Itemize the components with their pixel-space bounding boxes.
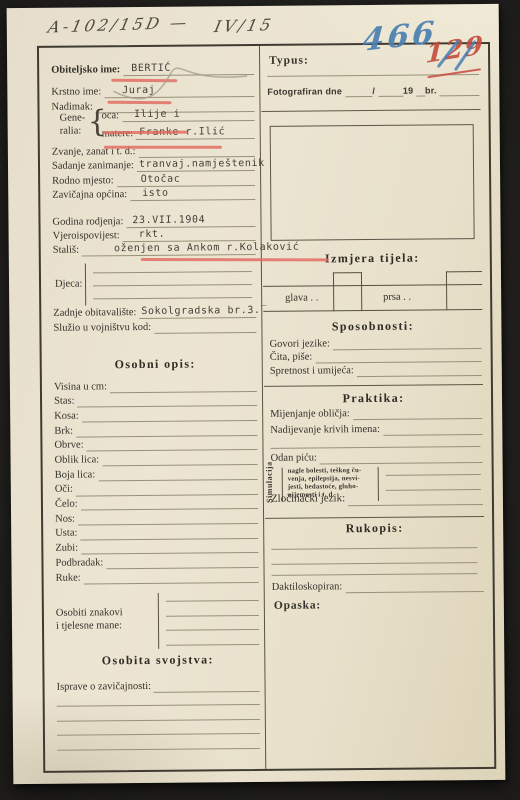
children-label: Djeca:: [55, 277, 86, 290]
municipality-row: Zavičajna općina: isto: [52, 185, 255, 202]
skills-label: Spretnost i umijeća:: [270, 364, 357, 378]
generalia-label-line1: Gene-: [60, 111, 89, 124]
occupation-value: tranvaj.namještenik: [139, 158, 265, 170]
ruled-line: [345, 576, 484, 593]
drinking-label: Odan piću:: [271, 451, 320, 465]
ruled-line: [348, 489, 483, 506]
homeland-documents-row: Isprave o zavičajnosti:: [56, 677, 259, 694]
father-label: oca:: [102, 109, 123, 122]
handwriting-heading: Rukopis:: [265, 520, 484, 537]
ruled-line: [416, 81, 425, 97]
special-marks-label-line2: i tjelesne mane:: [56, 619, 125, 633]
section-separator: [265, 516, 484, 519]
handwritten-file-number: A-102/15D —: [46, 13, 191, 37]
ruled-line: [57, 704, 260, 707]
description-label: Obrve:: [54, 439, 86, 452]
ruled-line: [57, 719, 260, 722]
ruled-line: [378, 81, 403, 97]
ruled-line: [93, 271, 252, 273]
false-names-label: Nadijevanje krivih imena:: [270, 423, 383, 437]
ruled-line: oženjen sa Ankom r.Kolaković: [82, 239, 256, 257]
ruled-line: [166, 629, 259, 631]
ruled-line: [271, 562, 477, 565]
marital-status-row: Stališ: oženjen sa Ankom r.Kolaković: [53, 240, 256, 257]
last-residence-value: Sokolgradska br.3.‾: [141, 305, 267, 317]
photographed-label: Fotografiran dne: [267, 86, 345, 98]
children-bracket-bar: [85, 263, 86, 305]
municipality-value: isto: [142, 188, 169, 199]
description-label: Brk:: [54, 424, 76, 437]
ruled-line: [357, 360, 482, 377]
head-label: glava . .: [285, 291, 321, 304]
personal-description-fields: Visina u cm: Stas: Kosa: Brk:: [54, 377, 259, 584]
ruled-line: [154, 676, 260, 693]
red-underline-mark: [104, 146, 222, 149]
number-prefix: br.: [425, 85, 440, 96]
ruled-line: [166, 600, 259, 602]
ruled-line: [93, 284, 252, 286]
special-marks-group: Osobiti znakovi i tjelesne mane:: [52, 592, 259, 650]
generalia-label-line2: ralia:: [60, 124, 85, 137]
ruled-line: [271, 547, 477, 550]
photo-box: [270, 124, 475, 241]
remarks-label: Opaska:: [274, 598, 324, 613]
section-separator: [262, 109, 481, 112]
description-label: Ruke:: [56, 571, 84, 584]
description-label: Zubi:: [55, 542, 81, 555]
description-label: Usta:: [55, 527, 80, 540]
column-divider: [259, 46, 266, 769]
last-residence-label: Zadnje obitavalište:: [53, 306, 139, 320]
photographed-row: Fotografiran dne / 19 br.: [267, 81, 479, 98]
table-line: [263, 309, 482, 312]
special-marks-label-line1: Osobiti znakovi: [56, 606, 126, 620]
criminal-language-row: Zločinački jezik:: [271, 490, 483, 507]
father-row: oca: Ilije i: [101, 106, 254, 122]
ruled-line: [320, 447, 483, 464]
description-row: Ruke:: [56, 568, 259, 584]
ruled-line: [166, 644, 259, 646]
drinking-row: Odan piću:: [270, 448, 482, 465]
ruled-line: [386, 474, 481, 476]
pencil-squiggle: [105, 60, 255, 107]
ruled-line: [166, 615, 259, 617]
father-value: Ilije i: [134, 109, 180, 120]
special-traits-heading: Osobita svojstva:: [56, 652, 259, 669]
fingerprinted-row: Daktiloskopiran:: [272, 577, 484, 594]
ruled-line: [84, 567, 259, 584]
measurement-cell-box: [446, 271, 482, 310]
description-label: Nos:: [55, 512, 78, 525]
ruled-line: [93, 297, 252, 299]
typus-label: Typus:: [269, 54, 312, 69]
military-service-label: Služio u vojništvu kod:: [53, 321, 154, 335]
description-label: Stas:: [54, 395, 78, 408]
ruled-line: [154, 317, 256, 334]
record-card-paper: A-102/15D — IV/15 466 129 Obiteljsko ime…: [7, 4, 506, 784]
ruled-line: [440, 80, 480, 96]
ruled-line: [57, 733, 260, 736]
ruled-line: [353, 403, 483, 420]
special-marks-bracket-bar: [158, 593, 160, 649]
description-label: Oči:: [55, 483, 76, 496]
disguise-label: Mijenjanje obličja:: [270, 407, 353, 421]
ruled-line: isto: [130, 184, 255, 201]
description-label: Oblik lica:: [55, 453, 103, 467]
chest-label: prsa . .: [383, 291, 414, 304]
birthplace-value: Otočac: [141, 174, 181, 185]
children-group: Djeca:: [49, 262, 256, 306]
ruled-line: Ilije i: [122, 105, 255, 122]
red-underline-mark: [141, 258, 329, 262]
measurement-table: glava . . prsa . .: [263, 271, 482, 313]
handwritten-series-number: IV/15: [213, 15, 276, 36]
personal-description-heading: Osobni opis:: [54, 356, 257, 373]
ruled-line: [57, 748, 260, 751]
municipality-label: Zavičajna općina:: [52, 188, 130, 202]
homeland-documents-label: Isprave o zavičajnosti:: [56, 680, 154, 694]
form-border-box: Obiteljsko ime: BERTIĆ Krstno ime: Juraj…: [37, 42, 496, 773]
year-prefix: 19: [403, 85, 417, 96]
religion-value: rkt.: [139, 229, 166, 240]
ruled-line: [345, 81, 372, 97]
fingerprinted-label: Daktiloskopiran:: [272, 580, 346, 594]
section-separator: [264, 384, 483, 387]
false-names-row: Nadijevanje krivih imena:: [270, 420, 482, 437]
skills-row: Spretnost i umijeća:: [270, 361, 482, 378]
birth-year-value: 23.VII.1904: [132, 214, 205, 226]
ruled-line: [383, 419, 482, 436]
criminal-language-label: Zločinački jezik:: [271, 492, 348, 506]
marital-status-label: Stališ:: [53, 243, 82, 256]
military-service-row: Služio u vojništvu kod:: [53, 318, 256, 335]
measurement-cell-box: [333, 272, 362, 311]
generalia-group: Gene- ralia: { oca: Ilije i matere: Fran…: [52, 108, 255, 146]
